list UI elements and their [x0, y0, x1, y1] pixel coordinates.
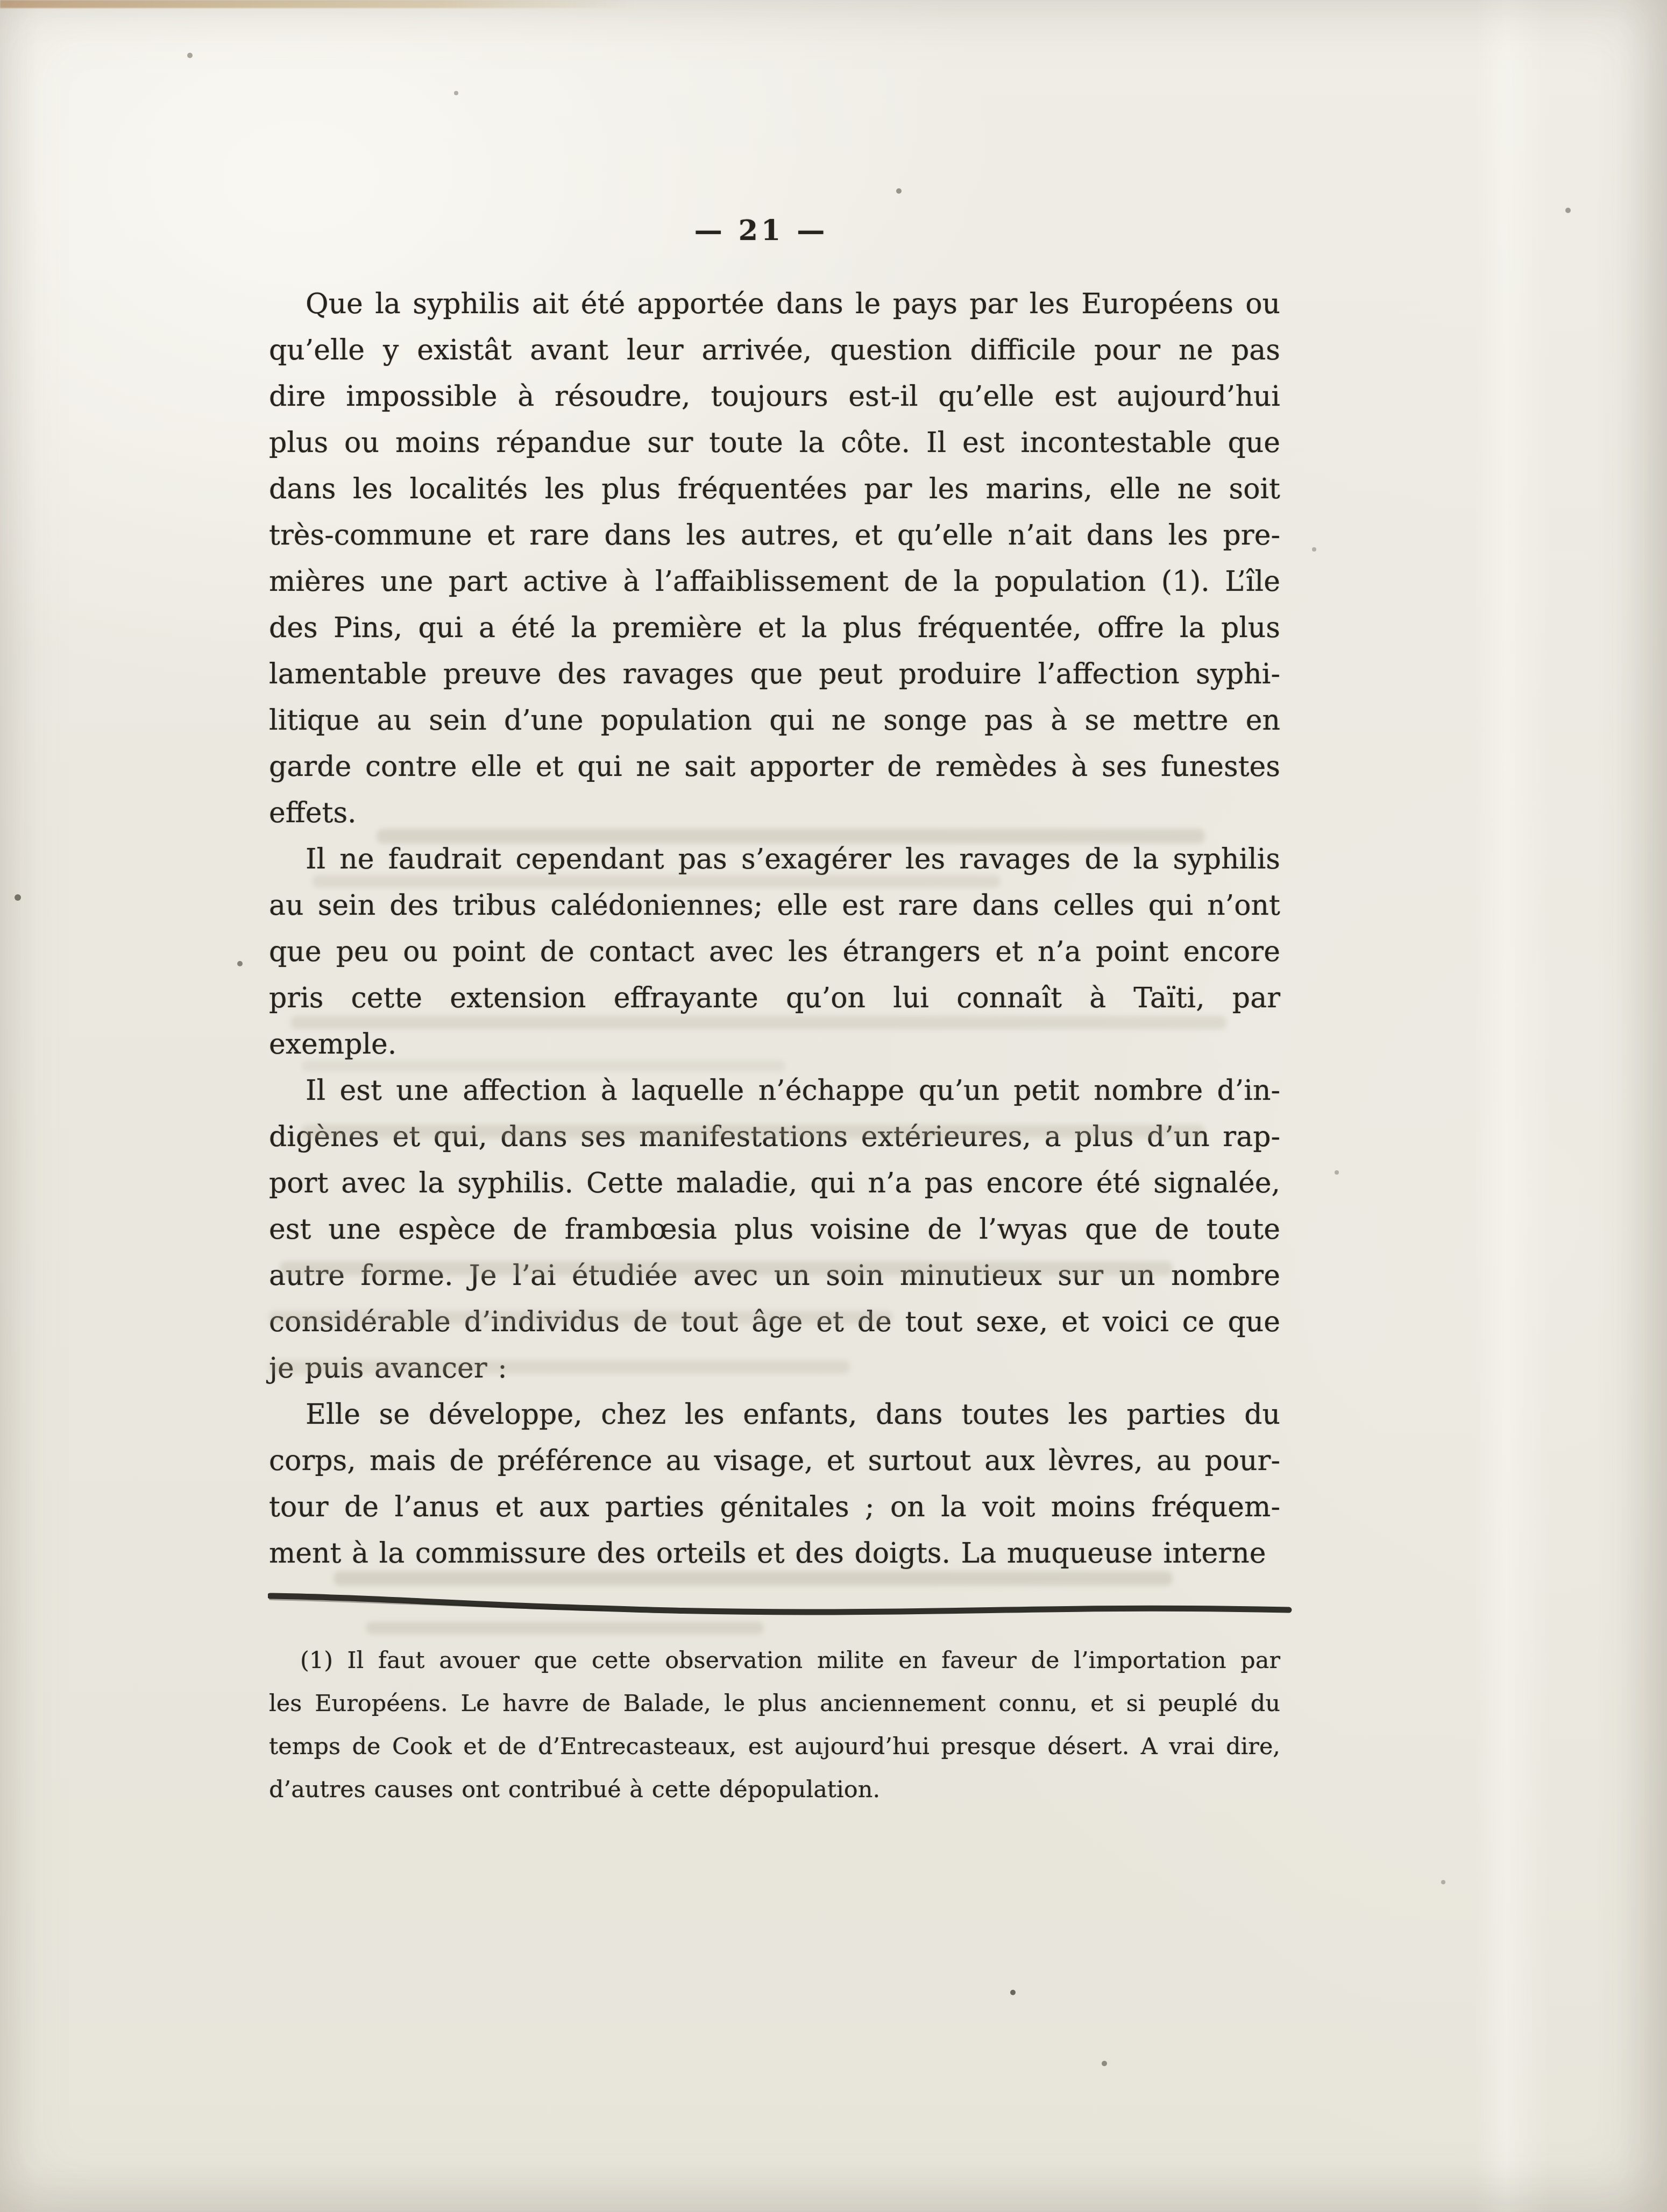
text-line: litique au sein d’une population qui ne …	[269, 697, 1280, 744]
text-line: plus ou moins répandue sur toute la côte…	[269, 420, 1280, 466]
paragraph: Elle se développe, chez les enfants, dan…	[269, 1391, 1280, 1577]
text-line: au sein des tribus calédoniennes; elle e…	[269, 882, 1280, 929]
text-line: d’autres causes ont contribué à cette dé…	[269, 1768, 1280, 1811]
text-line: ment à la commissure des orteils et des …	[269, 1530, 1280, 1577]
text-line: des Pins, qui a été la première et la pl…	[269, 605, 1280, 651]
text-line: très-commune et rare dans les autres, et…	[269, 512, 1280, 559]
text-line: digènes et qui, dans ses manifestations …	[269, 1114, 1280, 1160]
text-line: que peu ou point de contact avec les étr…	[269, 929, 1280, 975]
text-line: dire impossible à résoudre, toujours est…	[269, 373, 1280, 420]
text-line: Il ne faudrait cependant pas s’exagérer …	[269, 836, 1280, 882]
footnote-separator	[268, 1588, 1293, 1621]
text-line: mières une part active à l’affaiblisseme…	[269, 559, 1280, 605]
footnote: (1) Il faut avouer que cette observation…	[269, 1639, 1280, 1811]
text-line: exemple.	[269, 1021, 1280, 1068]
text-line: pris cette extension effrayante qu’on lu…	[269, 975, 1280, 1021]
text-line: dans les localités les plus fréquentées …	[269, 466, 1280, 512]
page-number: — 21 —	[694, 214, 828, 247]
text-line: temps de Cook et de d’Entrecasteaux, est…	[269, 1725, 1280, 1768]
text-line: les Européens. Le havre de Balade, le pl…	[269, 1682, 1280, 1725]
text-line: considérable d’individus de tout âge et …	[269, 1299, 1280, 1345]
bleedthrough-smudge	[366, 1622, 764, 1634]
paragraph: Il ne faudrait cependant pas s’exagérer …	[269, 836, 1280, 1068]
text-line: corps, mais de préférence au visage, et …	[269, 1438, 1280, 1484]
scan-edge-artifact	[0, 0, 635, 8]
text-line: est une espèce de frambœsia plus voisine…	[269, 1206, 1280, 1253]
text-line: (1) Il faut avouer que cette observation…	[269, 1639, 1280, 1682]
text-line: Il est une affection à laquelle n’échapp…	[269, 1068, 1280, 1114]
text-line: Elle se développe, chez les enfants, dan…	[269, 1391, 1280, 1438]
paragraph: Il est une affection à laquelle n’échapp…	[269, 1068, 1280, 1391]
text-line: garde contre elle et qui ne sait apporte…	[269, 744, 1280, 790]
text-line: lamentable preuve des ravages que peut p…	[269, 651, 1280, 697]
text-line: tour de l’anus et aux parties génitales …	[269, 1484, 1280, 1530]
text-line: effets.	[269, 790, 1280, 836]
text-column: Que la syphilis ait été apportée dans le…	[269, 281, 1280, 1577]
text-line: port avec la syphilis. Cette maladie, qu…	[269, 1160, 1280, 1206]
text-line: Que la syphilis ait été apportée dans le…	[269, 281, 1280, 327]
text-line: autre forme. Je l’ai étudiée avec un soi…	[269, 1253, 1280, 1299]
paragraph: Que la syphilis ait été apportée dans le…	[269, 281, 1280, 836]
text-line: je puis avancer :	[269, 1345, 1280, 1391]
scanned-book-page: — 21 — Que la syphilis ait été apportée …	[0, 0, 1667, 2212]
text-line: qu’elle y existât avant leur arrivée, qu…	[269, 327, 1280, 373]
page-header: — 21 —	[247, 214, 1275, 247]
